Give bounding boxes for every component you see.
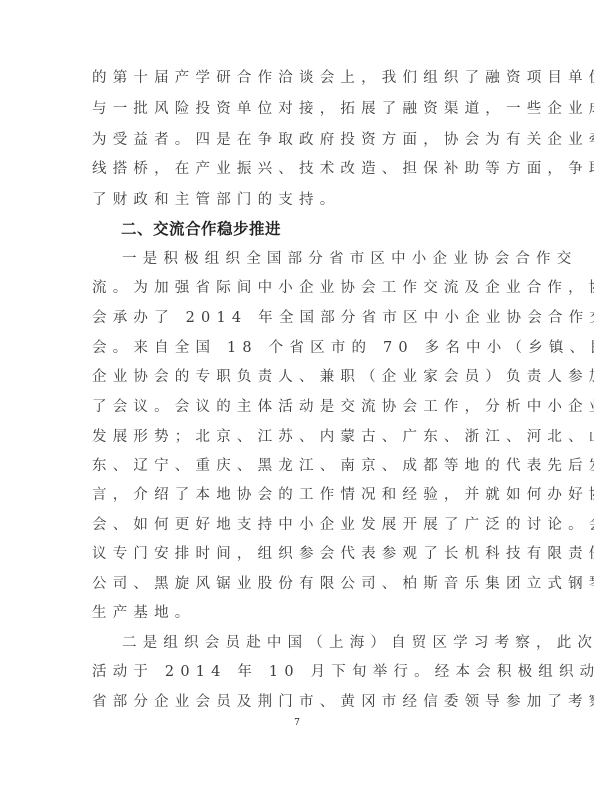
body-line: 生产基地。 [92, 602, 492, 624]
body-line: 发展形势；北京、江苏、内蒙古、广东、浙江、河北、山 [92, 426, 492, 448]
body-line: 线搭桥，在产业振兴、技术改造、担保补助等方面，争取 [92, 158, 492, 180]
body-line: 为受益者。四是在争取政府投资方面，协会为有关企业牵 [92, 129, 492, 151]
body-line: 活动于 2014 年 10 月下旬举行。经本会积极组织动员，全 [92, 661, 492, 683]
body-line: 议专门安排时间，组织参会代表参观了长机科技有限责任 [92, 543, 492, 565]
section-heading: 二、交流合作稳步推进 [121, 218, 281, 240]
paragraph-first-line: 一是积极组织全国部分省市区中小企业协会合作交 [122, 248, 492, 270]
body-line: 东、辽宁、重庆、黑龙江、南京、成都等地的代表先后发 [92, 455, 492, 477]
body-line: 与一批风险投资单位对接，拓展了融资渠道，一些企业成 [92, 98, 492, 120]
body-line: 言，介绍了本地协会的工作情况和经验，并就如何办好协 [92, 484, 492, 506]
paragraph-first-line: 二是组织会员赴中国（上海）自贸区学习考察，此次 [122, 632, 492, 654]
body-line: 企业协会的专职负责人、兼职（企业家会员）负责人参加 [92, 366, 492, 388]
page-number: 7 [291, 718, 303, 728]
body-line: 了会议。会议的主体活动是交流协会工作，分析中小企业 [92, 396, 492, 418]
body-line: 的第十届产学研合作洽谈会上，我们组织了融资项目单位 [92, 67, 492, 89]
body-line: 公司、黑旋风锯业股份有限公司、柏斯音乐集团立式钢琴 [92, 573, 492, 595]
body-line: 了财政和主管部门的支持。 [92, 189, 492, 211]
body-line: 流。为加强省际间中小企业协会工作交流及企业合作，协 [92, 277, 492, 299]
body-line: 省部分企业会员及荆门市、黄冈市经信委领导参加了考察 [92, 691, 492, 713]
document-page: 的第十届产学研合作洽谈会上，我们组织了融资项目单位 与一批风险投资单位对接，拓展… [0, 0, 594, 792]
body-line: 会。来自全国 18 个省区市的 70 多名中小（乡镇、民营） [92, 337, 492, 359]
body-line: 会承办了 2014 年全国部分省市区中小企业协会合作交流 [92, 307, 492, 329]
body-line: 会、如何更好地支持中小企业发展开展了广泛的讨论。会 [92, 514, 492, 536]
